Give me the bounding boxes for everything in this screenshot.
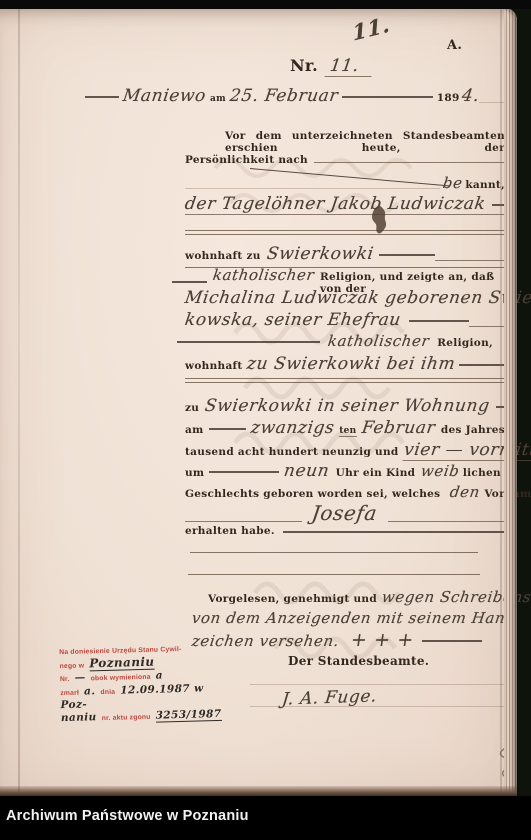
month-value: Februar: [360, 418, 436, 438]
closing-line1: Vorgelesen, genehmigt und wegen Schreibe…: [208, 588, 531, 606]
religion1-value: katholischer: [211, 266, 315, 284]
residence-line: wohnhaft zu Swierkowki: [185, 244, 505, 264]
rule: [388, 519, 505, 522]
closing-line3: zeichen versehen. + + +: [192, 629, 482, 651]
record-number-value: 11.: [325, 56, 375, 77]
record-number-label: Nr.: [290, 56, 318, 75]
declarant-name: der Tagelöhner Jakob Ludwiczak: [184, 194, 487, 214]
section-letter: A.: [447, 38, 462, 53]
blank-rule: [190, 552, 478, 554]
mother-line2: kowska, seiner Ehefrau: [185, 310, 505, 330]
erhalten-line: erhalten habe.: [185, 525, 505, 537]
book-page-edges: [504, 8, 517, 801]
hour-value: neun: [283, 461, 331, 481]
child-name: Josefa: [311, 501, 379, 525]
closing-line2: von dem Anzeigenden mit seinem Hand: [192, 609, 477, 627]
year-hand: 4.: [460, 86, 480, 106]
am-label: am: [210, 94, 226, 104]
register-page: 11. A. Nr. 11. Maniewo am 25. Februar 18…: [0, 8, 517, 801]
stamp-act-number-hand: 3253/1987: [155, 707, 221, 722]
year-printed: 189: [437, 92, 460, 104]
declarant-line: der Tagelöhner Jakob Ludwiczak: [185, 194, 505, 215]
flourish-dash: [283, 529, 505, 533]
death-annotation-stamp: Na doniesienie Urzędu Stanu Cywil- nego …: [59, 640, 226, 724]
caption-bar: Archiwum Państwowe w Poznaniu: [0, 796, 531, 840]
blank-rule: [188, 574, 480, 576]
sex-hand: weib: [420, 462, 461, 480]
residence-value: Swierkowki: [265, 244, 374, 264]
residence2-line: wohnhaft zu Swierkowki bei ihm: [185, 354, 505, 374]
flourish-dash: [209, 426, 246, 430]
bekannt-line: be kannt,: [185, 174, 505, 192]
birthdate-line: am zwanzigs ten Februar des Jahres: [185, 418, 505, 438]
closing-hand2: von dem Anzeigenden mit seinem Hand: [191, 609, 517, 627]
flourish-dash: [342, 94, 433, 98]
signature-rule: [250, 706, 505, 708]
blank-rule: [185, 378, 505, 383]
flourish-dash: [172, 279, 207, 283]
official-title: Der Standesbeamte.: [288, 654, 429, 668]
birthyear-line: tausend acht hundert neunzig und vier — …: [185, 440, 505, 461]
flourish-dash: [422, 638, 482, 642]
binding-crease: [18, 8, 20, 801]
flourish-dash: [409, 318, 469, 322]
day-value: zwanzigs: [249, 418, 335, 438]
flourish-dash: [379, 252, 435, 256]
rule: [185, 519, 302, 522]
archive-name-label: Archiwum Państwowe w Poznaniu: [6, 808, 249, 824]
child-name-line: Josefa: [185, 501, 505, 525]
intro-line: Vor dem unterzeichneten Standesbeamten e…: [225, 130, 505, 154]
flourish-dash: [459, 362, 505, 366]
page-number-handwritten: 11.: [350, 12, 393, 46]
birthtime-line: um neun Uhr ein Kind weib lichen: [185, 461, 505, 481]
scanned-record-photo: 11. A. Nr. 11. Maniewo am 25. Februar 18…: [0, 0, 531, 840]
flourish-dash: [177, 339, 320, 343]
handzeichen-crosses: + + +: [350, 629, 416, 651]
residence2-value: zu Swierkowki bei ihm: [245, 354, 456, 374]
record-number: Nr. 11.: [290, 56, 373, 77]
blank-rule: [185, 230, 505, 235]
be-handwritten: be: [441, 174, 463, 192]
flourish-dash: [85, 94, 119, 98]
flourish-dash: [492, 202, 505, 206]
rule: [314, 160, 505, 163]
den-hand: den: [449, 483, 481, 501]
religion2-line: katholischer Religion,: [177, 332, 493, 350]
persoenlichkeit-line: Persönlichkeit nach: [185, 154, 505, 166]
mother-line1: Michalina Ludwiczak geborenen Swier-: [185, 288, 505, 308]
page-number-text: 11.: [351, 11, 391, 45]
birthplace-line: zu Swierkowki in seiner Wohnung: [185, 396, 505, 416]
birthplace-value: Swierkowki in seiner Wohnung: [204, 396, 491, 416]
geschlecht-line: Geschlechts geboren worden sei, welches …: [185, 483, 505, 501]
dateline-row: Maniewo am 25. Februar 189 4.: [85, 86, 505, 106]
place-name: Maniewo: [122, 86, 208, 106]
rule: [185, 186, 440, 189]
ink-blot: [368, 204, 390, 236]
rule: [435, 258, 505, 261]
page-stack-edge-line: [500, 8, 502, 801]
date-value: 25. Februar: [229, 86, 340, 106]
religion2-value: katholischer: [327, 332, 431, 350]
flourish-dash: [209, 469, 279, 473]
